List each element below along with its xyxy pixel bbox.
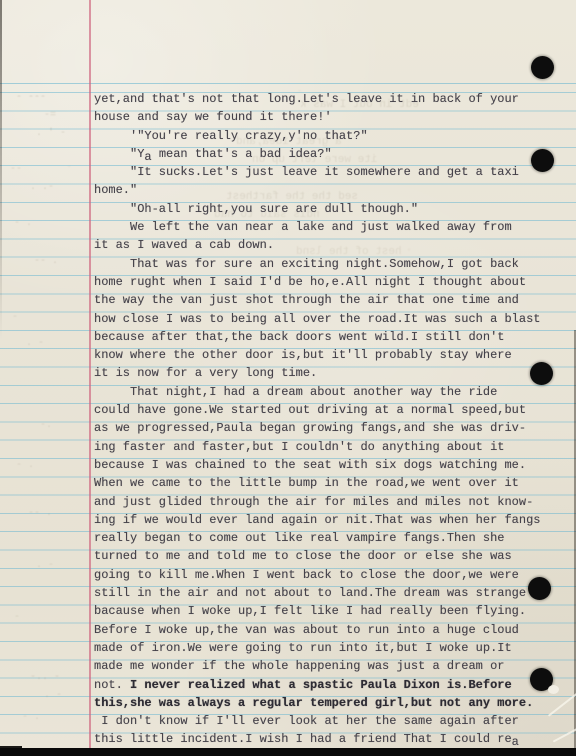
typed-line: That night,I had a dream about another w…	[94, 383, 560, 401]
punch-hole	[528, 577, 551, 600]
bleed-through-mark: -.. -	[30, 672, 60, 683]
typed-line: bacause when I woke up,I felt like I had…	[94, 602, 560, 620]
typed-segment: know where the other door is,but it'll p…	[94, 348, 512, 362]
typed-line: house and say we found it there!'	[94, 108, 560, 126]
typed-line: because after that,the back doors went w…	[94, 328, 560, 346]
typed-segment: really began to come out like real vampi…	[94, 531, 504, 545]
ruled-line-top	[0, 83, 576, 84]
typed-segment: made me wonder if the whole happening wa…	[94, 659, 504, 673]
typed-line: yet,and that's not that long.Let's leave…	[94, 90, 560, 108]
bleed-through-mark: . -	[36, 560, 54, 571]
typed-segment: and just glided through the air for mile…	[94, 495, 533, 509]
typed-segment-bold: I never realized what a spastic Paula Di…	[130, 678, 512, 692]
typed-segment: how close I was to being all over the ro…	[94, 312, 540, 326]
bleed-through-mark: --	[10, 164, 22, 175]
bleed-through-mark: -=	[44, 110, 56, 121]
punch-hole	[531, 56, 554, 79]
typed-segment: turned to me and told me to close the do…	[94, 549, 512, 563]
typed-line: the way the van just shot through the ai…	[94, 291, 560, 309]
typed-line: really began to come out like real vampi…	[94, 529, 560, 547]
typed-segment: ing if we would ever land again or nit.T…	[94, 513, 540, 527]
typed-line: ing if we would ever land again or nit.T…	[94, 511, 560, 529]
typed-line: this,she was always a regular tempered g…	[94, 694, 560, 712]
typed-line: home rught when I said I'd be ho,e.All n…	[94, 273, 560, 291]
typed-segment: because I was chained to the seat with s…	[94, 458, 526, 472]
typed-segment: We left the van near a lake and just wal…	[94, 220, 512, 234]
bleed-through-mark: . ' -	[36, 128, 66, 139]
typed-segment: going to kill me.When I went back to clo…	[94, 568, 519, 582]
bleed-through-mark: - .	[22, 712, 40, 723]
typed-line: it is now for a very long time.	[94, 364, 560, 382]
typed-segment: I don't know if I'll ever look at her th…	[94, 714, 519, 728]
bleed-through-mark: - .	[16, 460, 34, 471]
typed-segment: could have gone.We started out driving a…	[94, 403, 526, 417]
bleed-through-mark: -	[12, 312, 18, 323]
punch-hole	[530, 362, 553, 385]
typed-line: still in the air and not about to land.T…	[94, 584, 560, 602]
typed-line: how close I was to being all over the ro…	[94, 310, 560, 328]
typed-segment: made of iron.We were going to run into i…	[94, 641, 512, 655]
typed-segment: as we progressed,Paula began growing fan…	[94, 421, 526, 435]
typed-segment: ing faster and faster,but I couldn't do …	[94, 440, 504, 454]
typed-line: made of iron.We were going to run into i…	[94, 639, 560, 657]
typed-line: '"You're really crazy,y'no that?"	[94, 127, 560, 145]
bleed-through-mark: . .-	[30, 182, 54, 193]
scan-edge-bottom	[0, 748, 576, 756]
typed-line: Before I woke up,the van was about to ru…	[94, 621, 560, 639]
bleed-through-mark: -.	[40, 420, 52, 431]
typed-segment: When we came to the little bump in the r…	[94, 476, 519, 490]
paper-tear-highlight	[548, 685, 559, 694]
typed-segment: house and say we found it there!'	[94, 110, 332, 124]
typed-segment: That was for sure an exciting night.Some…	[94, 257, 519, 271]
typed-line: made me wonder if the whole happening wa…	[94, 657, 560, 675]
punch-hole	[531, 149, 554, 172]
typed-segment: home rught when I said I'd be ho,e.All n…	[94, 275, 526, 289]
typed-line: know where the other door is,but it'll p…	[94, 346, 560, 364]
typed-line: We left the van near a lake and just wal…	[94, 218, 560, 236]
typed-line: I don't know if I'll ever look at her th…	[94, 712, 560, 730]
typed-segment: That night,I had a dream about another w…	[94, 385, 497, 399]
typed-segment: mean that's a bad idea?"	[152, 147, 332, 161]
typed-segment: "It sucks.Let's just leave it somewhere …	[94, 165, 519, 179]
bleed-through-mark: - .	[14, 218, 32, 229]
typed-line: because I was chained to the seat with s…	[94, 456, 560, 474]
typed-segment: this little incident.I wish I had a frie…	[94, 732, 512, 746]
typed-line: not. I never realized what a spastic Pau…	[94, 676, 560, 694]
margin-line	[89, 0, 91, 748]
typed-segment-subscript: a	[144, 150, 151, 164]
typed-segment: "Y	[94, 147, 144, 161]
typed-line: "Oh-all right,you sure are dull though."	[94, 200, 560, 218]
typed-segment: it is now for a very long time.	[94, 366, 317, 380]
typed-segment-bold: this,she was always a regular tempered g…	[94, 696, 533, 710]
typed-segment: Before I woke up,the van was about to ru…	[94, 623, 519, 637]
typed-line: going to kill me.When I went back to clo…	[94, 566, 560, 584]
typed-segment: '"You're really crazy,y'no that?"	[94, 129, 368, 143]
typed-line: it as I waved a cab down.	[94, 236, 560, 254]
bleed-through-mark: -	[14, 612, 20, 623]
bleed-through-mark: -- .	[28, 508, 52, 519]
typed-segment: still in the air and not about to land.T…	[94, 586, 526, 600]
scanned-document-page: edt in out I was ka great idea,andite we…	[0, 0, 576, 756]
typed-line: turned to me and told me to close the do…	[94, 547, 560, 565]
bleed-through-mark: -- .	[34, 256, 58, 267]
typed-line: "Ya mean that's a bad idea?"	[94, 145, 560, 163]
typed-segment: "Oh-all right,you sure are dull though."	[94, 202, 418, 216]
typed-line: home."	[94, 181, 560, 199]
typed-text-block: yet,and that's not that long.Let's leave…	[94, 90, 560, 749]
typed-line: That was for sure an exciting night.Some…	[94, 255, 560, 273]
typed-segment: because after that,the back doors went w…	[94, 330, 504, 344]
typed-line: as we progressed,Paula began growing fan…	[94, 419, 560, 437]
typed-segment: home."	[94, 183, 137, 197]
typed-segment: not.	[94, 678, 130, 692]
typed-line: and just glided through the air for mile…	[94, 493, 560, 511]
typed-segment: the way the van just shot through the ai…	[94, 293, 519, 307]
typed-line: could have gone.We started out driving a…	[94, 401, 560, 419]
bleed-through-mark: . -	[44, 690, 62, 701]
typed-line: When we came to the little bump in the r…	[94, 474, 560, 492]
typed-line: ing faster and faster,but I couldn't do …	[94, 438, 560, 456]
bleed-through-mark: . -	[26, 338, 44, 349]
typed-segment: yet,and that's not that long.Let's leave…	[94, 92, 519, 106]
bleed-through-mark: - ---	[16, 92, 46, 103]
typed-segment: it as I waved a cab down.	[94, 238, 274, 252]
typed-line: this little incident.I wish I had a frie…	[94, 730, 560, 748]
scan-edge-left	[0, 0, 2, 340]
typed-segment: bacause when I woke up,I felt like I had…	[94, 604, 526, 618]
typed-line: "It sucks.Let's just leave it somewhere …	[94, 163, 560, 181]
